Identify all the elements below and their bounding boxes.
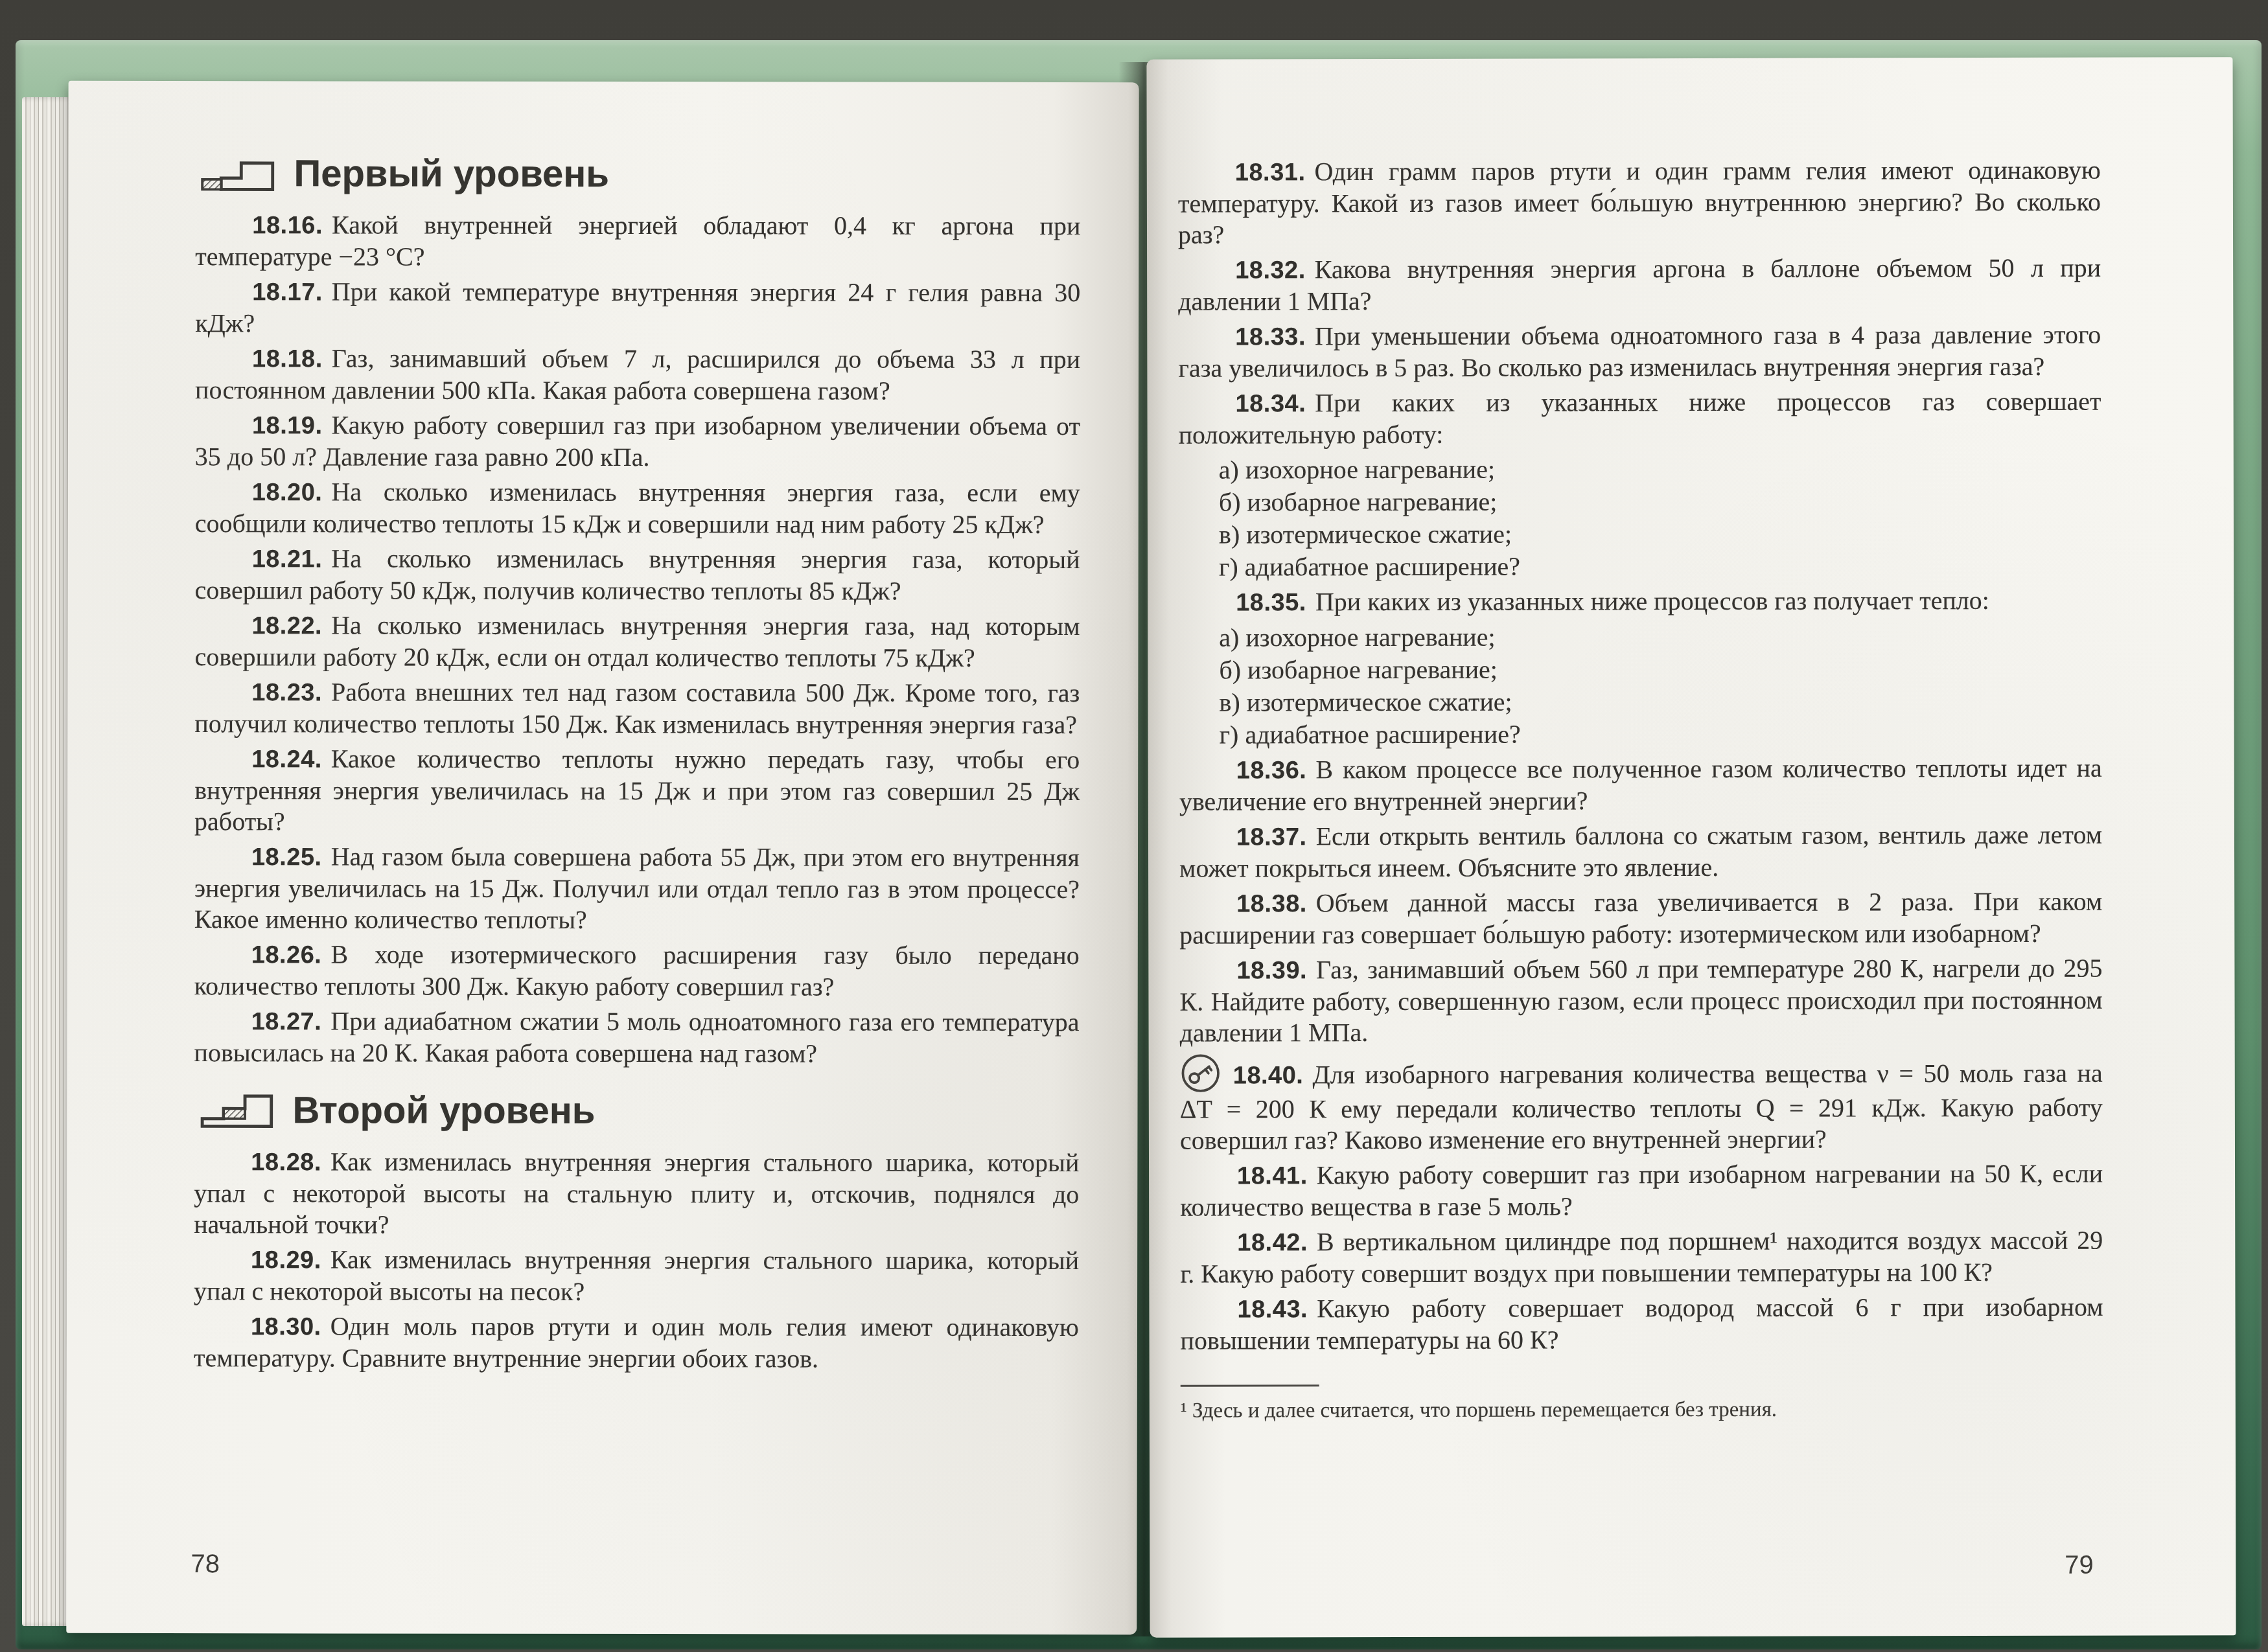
problem-text: Какой внутренней энергией обладают 0,4 к…	[195, 210, 1080, 271]
problem-number: 18.19.	[252, 412, 323, 439]
page-left-content: Первый уровень 18.16.Какой внутренней эн…	[194, 154, 1081, 1379]
problem-18-31: 18.31.Один грамм паров ртути и один грам…	[1178, 155, 2101, 251]
problem-number: 18.17.	[252, 279, 323, 306]
problem-text: Газ, занимавший объем 7 л, расширился до…	[195, 343, 1080, 405]
problem-18-36: 18.36.В каком процессе все полученное га…	[1179, 753, 2102, 818]
problem-18-43: 18.43.Какую работу совершает водород мас…	[1180, 1292, 2103, 1357]
problem-text: В ходе изотермического расширения газу б…	[194, 939, 1080, 1001]
problem-number: 18.39.	[1236, 957, 1307, 984]
option-g: г) адиабатное расширение?	[1179, 550, 2101, 583]
option-a: а) изохорное нагревание;	[1179, 453, 2101, 486]
problem-18-38: 18.38.Объем данной массы газа увеличивае…	[1179, 886, 2102, 951]
problem-number: 18.22.	[251, 612, 322, 639]
page-right-content: 18.31.Один грамм паров ртути и один грам…	[1178, 155, 2103, 1425]
problem-text: Один моль паров ртути и один моль гелия …	[194, 1311, 1079, 1373]
problem-text: Объем данной массы газа увеличивается в …	[1179, 887, 2102, 950]
problem-18-21: 18.21.На сколько изменилась внутренняя э…	[195, 543, 1080, 607]
problem-number: 18.41.	[1237, 1162, 1308, 1189]
problem-number: 18.37.	[1236, 823, 1307, 851]
problem-number: 18.21.	[252, 545, 323, 573]
problem-text: Над газом была совершена работа 55 Дж, п…	[194, 842, 1080, 934]
page-number-left: 78	[191, 1550, 220, 1579]
problem-18-41: 18.41.Какую работу совершит газ при изоб…	[1180, 1158, 2103, 1223]
problem-18-29: 18.29.Как изменилась внутренняя энергия …	[194, 1244, 1079, 1308]
problem-number: 18.18.	[252, 345, 323, 373]
problem-number: 18.26.	[251, 941, 322, 969]
problem-number: 18.42.	[1237, 1229, 1308, 1256]
problem-number: 18.24.	[251, 746, 322, 773]
problem-text: Как изменилась внутренняя энергия стальн…	[194, 1147, 1079, 1239]
level-2-header: Второй уровень	[198, 1090, 1079, 1132]
problem-18-20: 18.20.На сколько изменилась внутренняя э…	[195, 476, 1080, 540]
problem-18-35: 18.35.При каких из указанных ниже процес…	[1179, 585, 2101, 619]
problem-text: Как изменилась внутренняя энергия стальн…	[194, 1245, 1079, 1306]
problem-text: При каких из указанных ниже процессов га…	[1315, 586, 1989, 616]
stairs-level-2-icon	[198, 1090, 274, 1130]
footnote: ¹ Здесь и далее считается, что поршень п…	[1181, 1383, 2103, 1425]
level-1-header: Первый уровень	[199, 154, 1080, 195]
problem-18-26: 18.26.В ходе изотермического расширения …	[194, 939, 1080, 1003]
level-2-header-label: Второй уровень	[292, 1091, 595, 1130]
problem-18-17: 18.17.При какой температуре внутренняя э…	[195, 276, 1080, 340]
problem-number: 18.27.	[251, 1008, 322, 1035]
problem-text: На сколько изменилась внутренняя энергия…	[195, 544, 1080, 605]
problem-number: 18.32.	[1235, 257, 1306, 284]
problem-number: 18.30.	[251, 1313, 321, 1340]
problem-number: 18.25.	[251, 843, 322, 871]
option-b: б) изобарное нагревание;	[1179, 653, 2101, 686]
problem-18-23: 18.23.Работа внешних тел над газом соста…	[194, 676, 1080, 740]
problem-text: Какое количество теплоты нужно передать …	[194, 744, 1080, 836]
key-in-circle-icon	[1180, 1053, 1221, 1094]
problem-18-16: 18.16.Какой внутренней энергией обладают…	[195, 209, 1080, 273]
problem-number: 18.36.	[1236, 757, 1307, 784]
problem-18-27: 18.27.При адиабатном сжатии 5 моль одноа…	[194, 1005, 1080, 1070]
page-left: Первый уровень 18.16.Какой внутренней эн…	[66, 81, 1139, 1635]
page-right: 18.31.Один грамм паров ртути и один грам…	[1146, 57, 2236, 1638]
problem-18-19: 18.19.Какую работу совершил газ при изоб…	[195, 409, 1080, 474]
problem-text: На сколько изменилась внутренняя энергия…	[195, 477, 1080, 539]
problem-18-34-options: а) изохорное нагревание; б) изобарное на…	[1179, 453, 2101, 583]
problem-18-32: 18.32.Какова внутренняя энергия аргона в…	[1178, 253, 2101, 317]
problem-number: 18.33.	[1235, 323, 1306, 350]
option-v: в) изотермическое сжатие;	[1179, 518, 2101, 551]
problem-18-28: 18.28.Как изменилась внутренняя энергия …	[194, 1146, 1079, 1241]
problem-18-24: 18.24.Какое количество теплоты нужно пер…	[194, 743, 1080, 838]
problem-text: В каком процессе все полученное газом ко…	[1179, 753, 2102, 816]
problem-18-25: 18.25.Над газом была совершена работа 55…	[194, 841, 1080, 936]
problem-text: При уменьшении объема одноатомного газа …	[1178, 320, 2101, 383]
problem-text: Какую работу совершил газ при изобарном …	[195, 410, 1080, 472]
problem-18-37: 18.37.Если открыть вентиль баллона со сж…	[1179, 820, 2102, 884]
problem-number: 18.20.	[252, 479, 323, 506]
page-number-right: 79	[2065, 1551, 2094, 1580]
problem-text: На сколько изменилась внутренняя энергия…	[194, 610, 1080, 672]
footnote-text: ¹ Здесь и далее считается, что поршень п…	[1181, 1395, 2103, 1425]
level-1-header-label: Первый уровень	[294, 154, 609, 194]
problem-text: Если открыть вентиль баллона со сжатым г…	[1179, 820, 2102, 883]
problem-number: 18.40.	[1233, 1062, 1304, 1089]
problem-text: В вертикальном цилиндре под поршнем¹ нах…	[1180, 1226, 2103, 1289]
problem-text: Какую работу совершает водород массой 6 …	[1181, 1292, 2103, 1355]
option-g: г) адиабатное расширение?	[1179, 718, 2102, 751]
problem-number: 18.35.	[1236, 589, 1306, 616]
problem-text: Какую работу совершит газ при изобарном …	[1180, 1159, 2103, 1222]
problem-18-42: 18.42.В вертикальном цилиндре под поршне…	[1180, 1225, 2103, 1290]
problem-number: 18.43.	[1237, 1296, 1308, 1323]
problem-text: При адиабатном сжатии 5 моль одноатомног…	[194, 1006, 1080, 1068]
problem-text: Один грамм паров ртути и один грамм гели…	[1178, 155, 2101, 249]
problem-text: Работа внешних тел над газом составила 5…	[194, 677, 1080, 739]
problem-number: 18.34.	[1236, 390, 1306, 417]
problem-18-30: 18.30.Один моль паров ртути и один моль …	[194, 1311, 1079, 1375]
problem-18-39: 18.39.Газ, занимавший объем 560 л при те…	[1179, 953, 2102, 1049]
problem-18-35-options: а) изохорное нагревание; б) изобарное на…	[1179, 621, 2101, 751]
option-v: в) изотермическое сжатие;	[1179, 685, 2101, 718]
problem-number: 18.23.	[251, 679, 322, 706]
problem-number: 18.31.	[1235, 159, 1306, 186]
problem-text: При какой температуре внутренняя энергия…	[195, 277, 1080, 338]
problem-text: Газ, занимавший объем 560 л при температ…	[1179, 954, 2102, 1048]
problem-18-33: 18.33.При уменьшении объема одноатомного…	[1178, 319, 2101, 384]
problem-number: 18.16.	[252, 212, 323, 239]
problem-18-34: 18.34.При каких из указанных ниже процес…	[1179, 386, 2101, 451]
problem-number: 18.29.	[251, 1246, 321, 1274]
stairs-level-1-icon	[199, 154, 275, 194]
book-photo: Первый уровень 18.16.Какой внутренней эн…	[0, 0, 2268, 1652]
problem-text: Какова внутренняя энергия аргона в балло…	[1178, 253, 2101, 316]
problem-number: 18.38.	[1236, 890, 1307, 917]
option-a: а) изохорное нагревание;	[1179, 621, 2101, 654]
problem-18-40: 18.40.Для изобарного нагревания количест…	[1180, 1051, 2103, 1156]
footnote-rule	[1181, 1384, 1319, 1386]
problem-number: 18.28.	[251, 1149, 321, 1176]
problem-text: При каких из указанных ниже процессов га…	[1179, 387, 2101, 450]
problem-18-18: 18.18.Газ, занимавший объем 7 л, расшири…	[195, 343, 1080, 407]
problem-18-22: 18.22.На сколько изменилась внутренняя э…	[194, 610, 1080, 674]
problem-text: Для изобарного нагревания количества вещ…	[1180, 1059, 2103, 1155]
option-b: б) изобарное нагревание;	[1179, 485, 2101, 518]
